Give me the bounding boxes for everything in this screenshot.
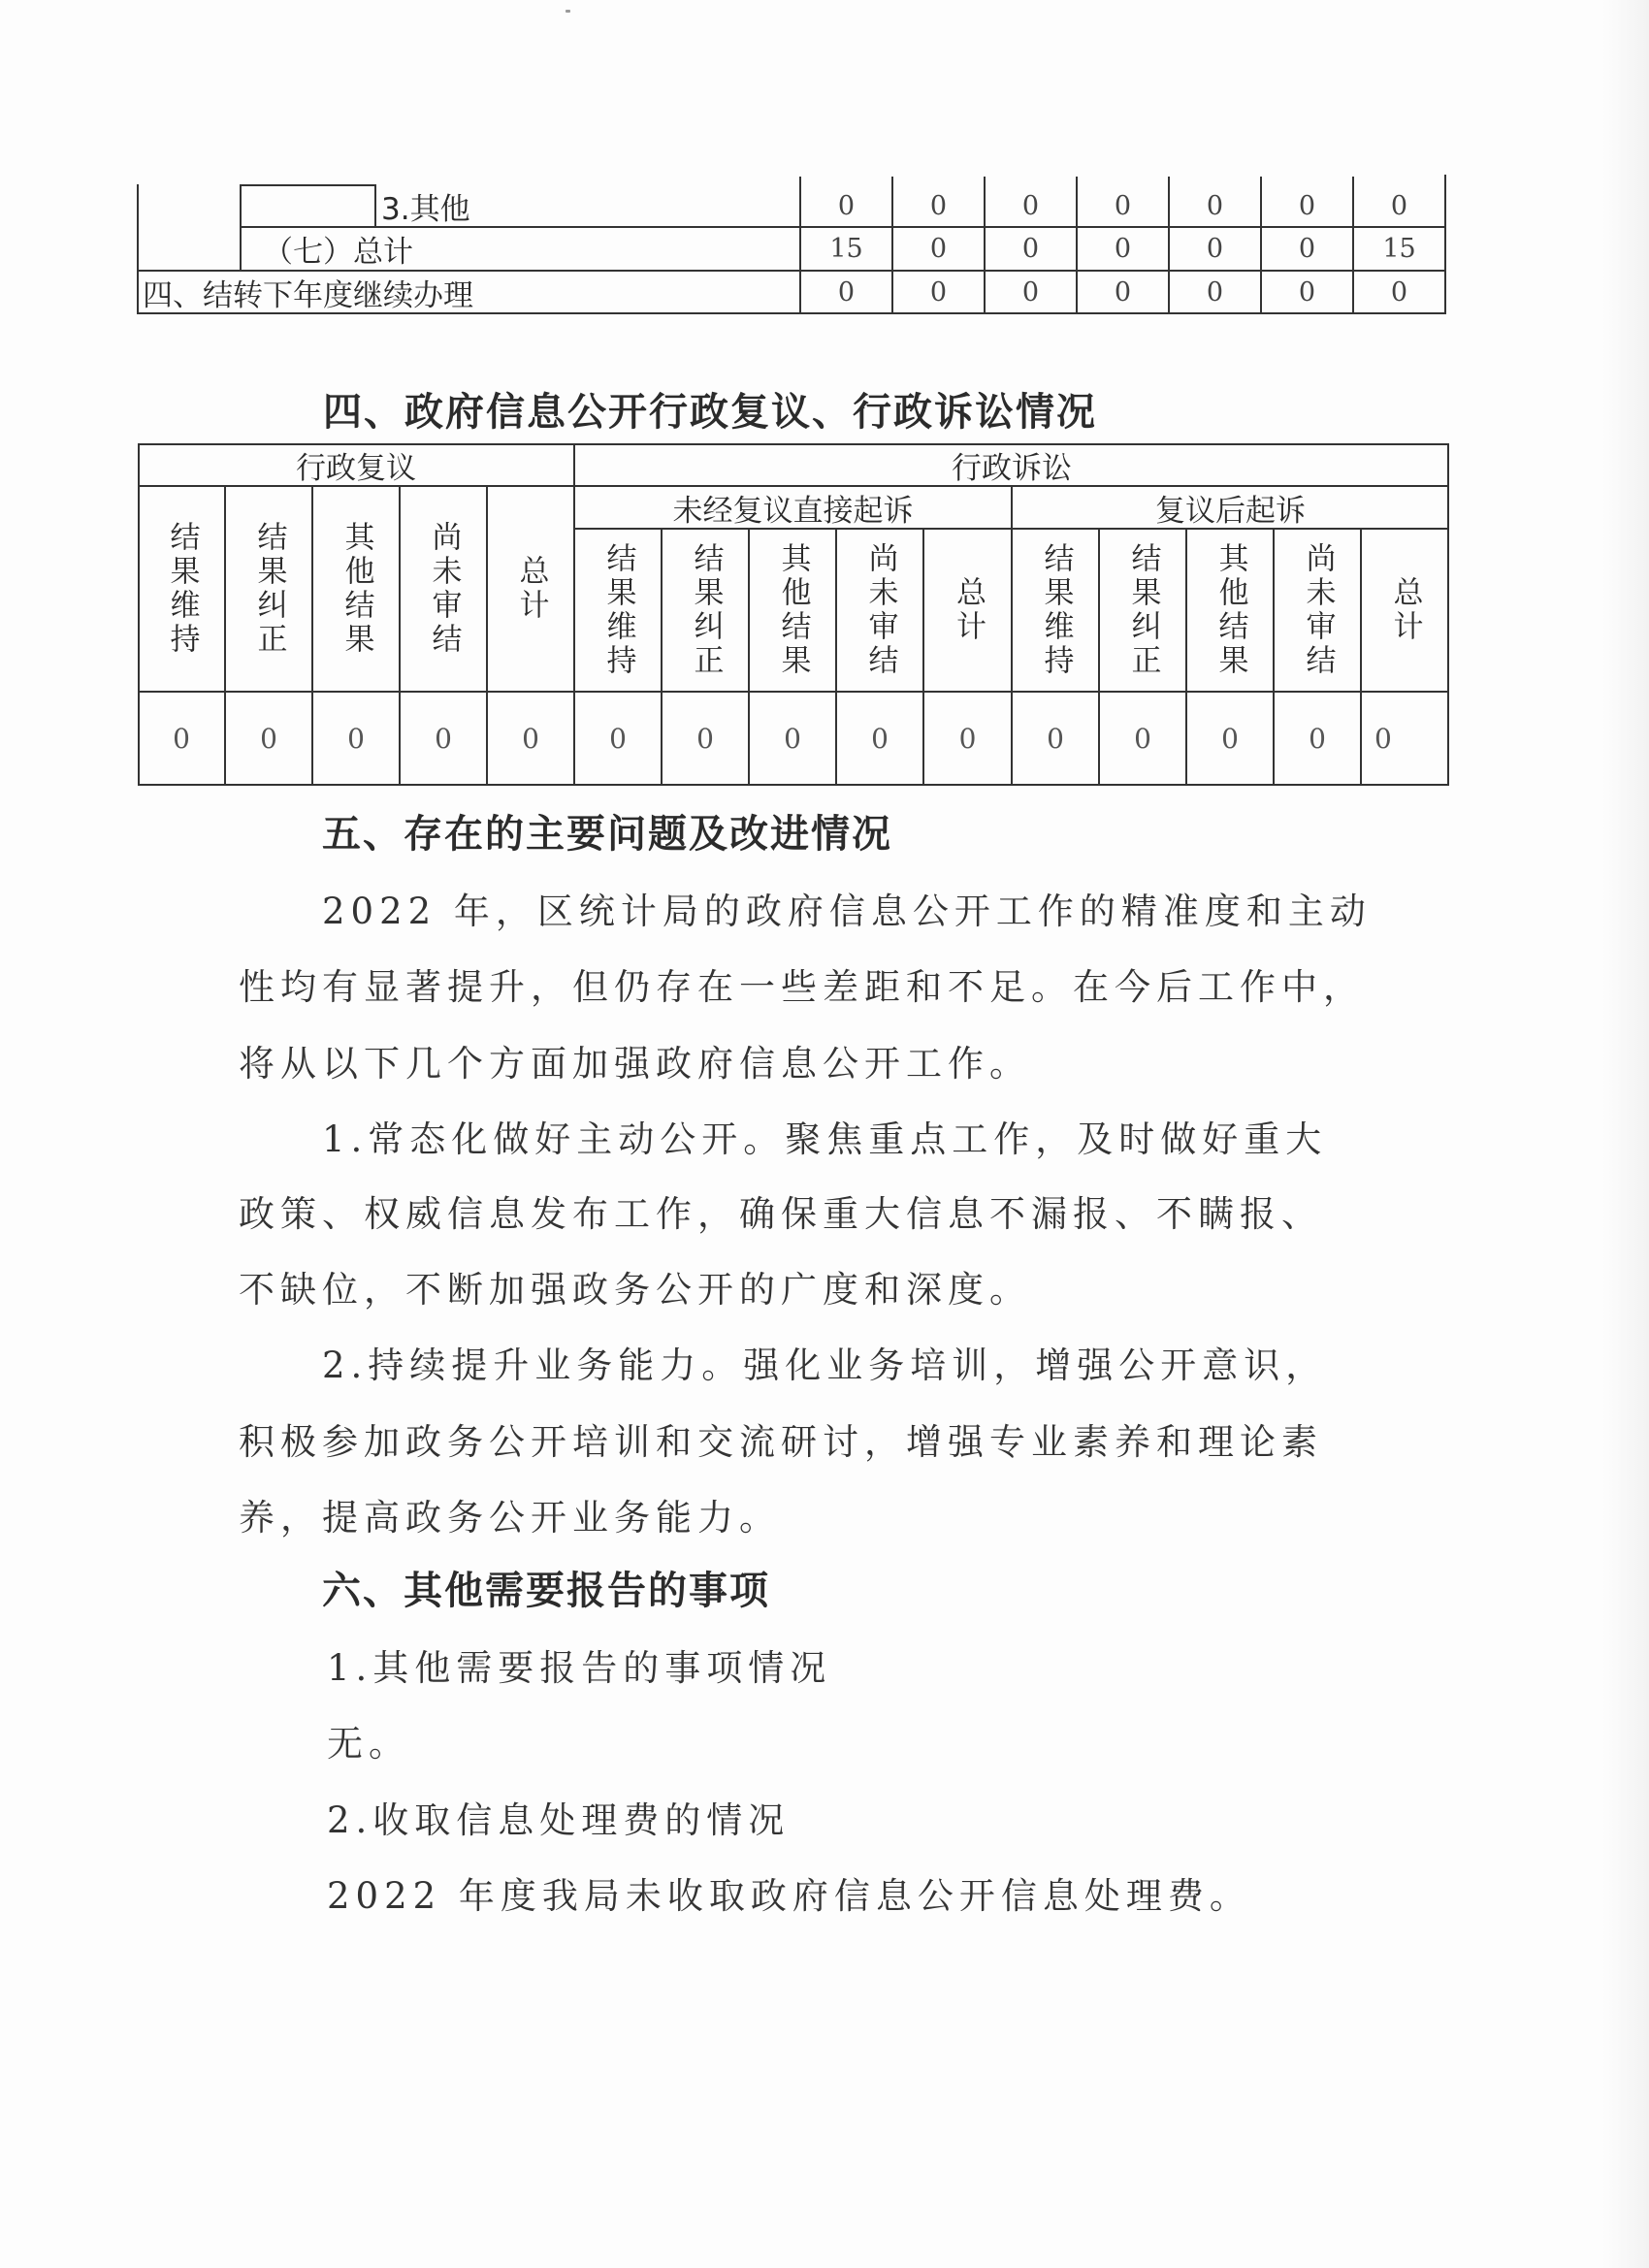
paragraph-line: 2.收取信息处理费的情况 (327, 1802, 790, 1838)
cell: 0 (1169, 227, 1261, 271)
cell: 0 (487, 692, 574, 785)
column-header: 尚未审结 (400, 486, 487, 692)
cell: 0 (923, 692, 1012, 785)
cell: 0 (1169, 271, 1261, 313)
cell: 0 (892, 184, 985, 227)
column-header: 其他结果 (1186, 529, 1274, 692)
column-header: 总计 (923, 529, 1012, 692)
column-header: 结果维持 (574, 529, 662, 692)
column-header: 其他结果 (749, 529, 836, 692)
column-header: 其他结果 (312, 486, 400, 692)
paragraph-line: 2022 年度我局未收取政府信息公开信息处理费。 (327, 1878, 1251, 1914)
cell: 0 (1099, 692, 1186, 785)
subgroup-header-direct-litigation: 未经复议直接起诉 (574, 486, 1012, 529)
cell: 0 (1261, 184, 1353, 227)
cell: 0 (1274, 692, 1361, 785)
subgroup-header-after-review: 复议后起诉 (1012, 486, 1449, 529)
paragraph-line: 2.持续提升业务能力。强化业务培训，增强公开意识， (322, 1347, 1327, 1383)
column-header: 结果纠正 (1099, 529, 1186, 692)
column-header: 结果纠正 (225, 486, 312, 692)
paragraph-line: 2022 年，区统计局的政府信息公开工作的精准度和主动 (322, 893, 1372, 929)
column-header: 尚未审结 (836, 529, 923, 692)
cell: 0 (985, 184, 1077, 227)
cell: 0 (800, 271, 892, 313)
cell: 0 (985, 227, 1077, 271)
cell: 0 (1353, 184, 1445, 227)
cell: 15 (1353, 227, 1445, 271)
review-litigation-table: 行政复议 行政诉讼 未经复议直接起诉 复议后起诉 结果维持 结果纠正 其他结果 … (138, 443, 1449, 786)
column-header: 结果维持 (138, 486, 225, 692)
cell: 0 (985, 271, 1077, 313)
cell: 0 (225, 692, 312, 785)
cell: 0 (749, 692, 836, 785)
paragraph-line: 性均有显著提升，但仍存在一些差距和不足。在今后工作中， (239, 969, 1365, 1005)
paragraph-line: 养，提高政务公开业务能力。 (239, 1500, 781, 1536)
cell: 0 (1361, 692, 1448, 785)
cell: 0 (1077, 227, 1169, 271)
row-label-other: 3.其他 (381, 184, 470, 227)
cell: 0 (662, 692, 749, 785)
cell: 15 (800, 227, 892, 271)
cell: 0 (800, 184, 892, 227)
cell: 0 (892, 271, 985, 313)
cell: 0 (1169, 184, 1261, 227)
column-header: 总计 (487, 486, 574, 692)
cell: 0 (1353, 271, 1445, 313)
scan-edge-shadow (1602, 0, 1649, 2268)
cell: 0 (574, 692, 662, 785)
cell: 0 (400, 692, 487, 785)
cell: 0 (1077, 271, 1169, 313)
paragraph-line: 积极参加政务公开培训和交流研讨，增强专业素养和理论素 (239, 1424, 1323, 1460)
disclosure-stats-table-continuation: 3.其他 0 0 0 0 0 0 0 （七）总计 15 0 0 0 0 0 15… (137, 184, 1446, 314)
document-page: 3.其他 0 0 0 0 0 0 0 （七）总计 15 0 0 0 0 0 15… (0, 0, 1649, 2268)
paragraph-line: 不缺位，不断加强政务公开的广度和深度。 (239, 1272, 1031, 1308)
row-label-carry-over: 四、结转下年度继续办理 (143, 271, 473, 313)
column-header: 结果纠正 (662, 529, 749, 692)
group-header-admin-review: 行政复议 (138, 443, 574, 486)
cell: 0 (1186, 692, 1274, 785)
group-header-admin-litigation: 行政诉讼 (574, 443, 1449, 486)
cell: 0 (892, 227, 985, 271)
section-5-heading: 五、存在的主要问题及改进情况 (322, 815, 892, 854)
section-6-heading: 六、其他需要报告的事项 (322, 1571, 770, 1610)
cell: 0 (312, 692, 400, 785)
cell: 0 (1077, 184, 1169, 227)
paragraph-line: 1.其他需要报告的事项情况 (327, 1650, 831, 1686)
cell: 0 (138, 692, 225, 785)
column-header: 尚未审结 (1274, 529, 1361, 692)
cell: 0 (836, 692, 923, 785)
cell: 0 (1261, 271, 1353, 313)
paragraph-line: 1.常态化做好主动公开。聚焦重点工作，及时做好重大 (322, 1121, 1327, 1157)
row-label-total: （七）总计 (263, 227, 413, 271)
paragraph-line: 将从以下几个方面加强政府信息公开工作。 (239, 1046, 1031, 1082)
paragraph-line: 无。 (327, 1726, 410, 1762)
section-4-heading: 四、政府信息公开行政复议、行政诉讼情况 (323, 393, 1097, 432)
column-header: 结果维持 (1012, 529, 1099, 692)
cell: 0 (1261, 227, 1353, 271)
cell: 0 (1012, 692, 1099, 785)
column-header: 总计 (1361, 529, 1448, 692)
scan-speck (566, 10, 570, 13)
paragraph-line: 政策、权威信息发布工作，确保重大信息不漏报、不瞒报、 (239, 1196, 1323, 1232)
